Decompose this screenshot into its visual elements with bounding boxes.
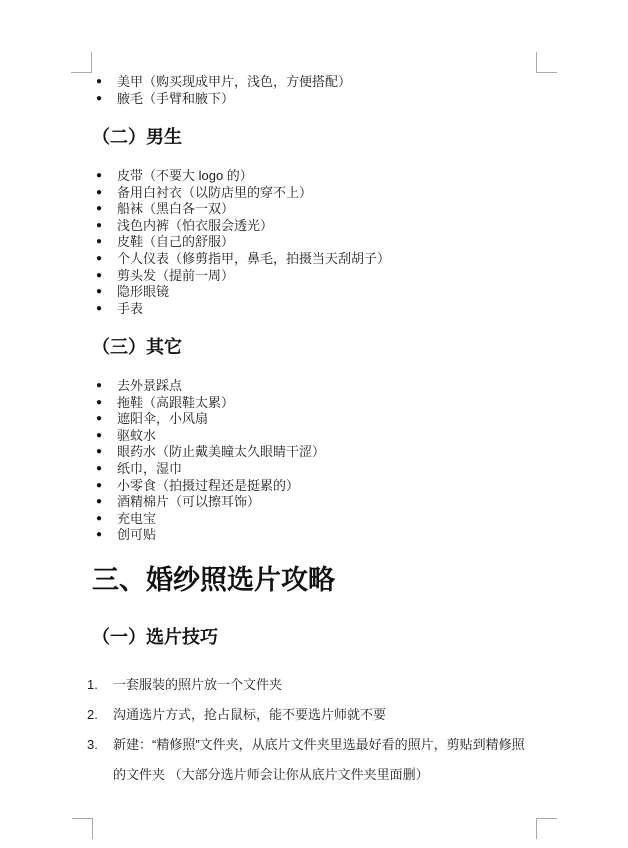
- list-item-text: 隐形眼镜: [117, 284, 169, 299]
- list-item: ●隐形眼镜: [92, 284, 536, 301]
- list-item: ●拖鞋（高跟鞋太累）: [92, 395, 536, 412]
- chapter-heading: 三、婚纱照选片攻略: [92, 564, 335, 596]
- bullet-icon: ●: [96, 218, 102, 235]
- list-item: ●浅色内裤（怕衣服会透光）: [92, 218, 536, 235]
- bullet-icon: ●: [96, 428, 102, 445]
- list-item-text: 驱蚊水: [117, 428, 156, 443]
- list-item: ●备用白衬衣（以防店里的穿不上）: [92, 185, 536, 202]
- list-item-text: 备用白衬衣（以防店里的穿不上）: [117, 185, 312, 200]
- section-heading-boys: （二）男生: [92, 126, 182, 148]
- list-item-text: 眼药水（防止戴美瞳太久眼睛干涩）: [117, 444, 325, 459]
- list-item-text: 皮带（不要大 logo 的）: [117, 168, 253, 183]
- bullet-icon: ●: [96, 494, 102, 511]
- list-item: ●个人仪表（修剪指甲，鼻毛，拍摄当天刮胡子）: [92, 251, 536, 268]
- list-item: ●去外景踩点: [92, 378, 536, 395]
- bullet-icon: ●: [96, 301, 102, 318]
- list-item: ●酒精棉片（可以擦耳饰）: [92, 494, 536, 511]
- list-item: ●腋毛（手臂和腋下）: [92, 91, 536, 108]
- list-item: ●充电宝: [92, 511, 536, 528]
- list-item: ●美甲（购买现成甲片，浅色，方便搭配）: [92, 74, 536, 91]
- list-item: ●手表: [92, 301, 536, 318]
- list-item-text: 浅色内裤（怕衣服会透光）: [117, 218, 273, 233]
- bullet-icon: ●: [96, 378, 102, 395]
- numbered-item-text: 新建：“精修照”文件夹，从底片文件夹里选最好看的照片，剪贴到精修照的文件夹 （大…: [113, 737, 525, 782]
- document-page: ●美甲（购买现成甲片，浅色，方便搭配） ●腋毛（手臂和腋下） （二）男生 ●皮带…: [0, 0, 628, 848]
- list-item-text: 剪头发（提前一周）: [117, 268, 234, 283]
- list-item-text: 皮鞋（自己的舒服）: [117, 234, 234, 249]
- bullet-icon: ●: [96, 201, 102, 218]
- list-item: ●船袜（黑白各一双）: [92, 201, 536, 218]
- girls-checklist-tail: ●美甲（购买现成甲片，浅色，方便搭配） ●腋毛（手臂和腋下）: [92, 74, 536, 107]
- numbered-item: 1.一套服装的照片放一个文件夹: [92, 670, 536, 700]
- bullet-icon: ●: [96, 411, 102, 428]
- bullet-icon: ●: [96, 395, 102, 412]
- item-number: 1.: [87, 670, 109, 700]
- bullet-icon: ●: [96, 185, 102, 202]
- crop-mark-top-left: [71, 52, 92, 73]
- item-number: 3.: [87, 730, 109, 760]
- numbered-item-text: 一套服装的照片放一个文件夹: [113, 677, 282, 692]
- list-item: ●纸巾，湿巾: [92, 461, 536, 478]
- list-item-text: 美甲（购买现成甲片，浅色，方便搭配）: [117, 74, 351, 89]
- list-item: ●剪头发（提前一周）: [92, 268, 536, 285]
- bullet-icon: ●: [96, 74, 102, 91]
- bullet-icon: ●: [96, 91, 102, 108]
- numbered-item: 2.沟通选片方式，抢占鼠标，能不要选片师就不要: [92, 700, 536, 730]
- crop-mark-top-right: [536, 52, 557, 73]
- bullet-icon: ●: [96, 284, 102, 301]
- bullet-icon: ●: [96, 268, 102, 285]
- list-item: ●遮阳伞，小风扇: [92, 411, 536, 428]
- crop-mark-bottom-left: [72, 818, 93, 839]
- bullet-icon: ●: [96, 251, 102, 268]
- list-item: ●驱蚊水: [92, 428, 536, 445]
- bullet-icon: ●: [96, 444, 102, 461]
- list-item-text: 小零食（拍摄过程还是挺累的）: [117, 478, 299, 493]
- list-item: ●皮鞋（自己的舒服）: [92, 234, 536, 251]
- list-item-text: 酒精棉片（可以擦耳饰）: [117, 494, 260, 509]
- bullet-icon: ●: [96, 461, 102, 478]
- numbered-item: 3.新建：“精修照”文件夹，从底片文件夹里选最好看的照片，剪贴到精修照的文件夹 …: [92, 730, 536, 790]
- other-checklist: ●去外景踩点 ●拖鞋（高跟鞋太累） ●遮阳伞，小风扇 ●驱蚊水 ●眼药水（防止戴…: [92, 378, 536, 544]
- bullet-icon: ●: [96, 234, 102, 251]
- list-item: ●小零食（拍摄过程还是挺累的）: [92, 478, 536, 495]
- list-item: ●皮带（不要大 logo 的）: [92, 168, 536, 185]
- list-item-text: 去外景踩点: [117, 378, 182, 393]
- list-item: ●眼药水（防止戴美瞳太久眼睛干涩）: [92, 444, 536, 461]
- list-item-text: 手表: [117, 301, 143, 316]
- list-item-text: 拖鞋（高跟鞋太累）: [117, 395, 234, 410]
- list-item: ●创可贴: [92, 527, 536, 544]
- numbered-item-text: 沟通选片方式，抢占鼠标，能不要选片师就不要: [113, 707, 386, 722]
- section-heading-tips: （一）选片技巧: [92, 626, 218, 648]
- list-item-text: 船袜（黑白各一双）: [117, 201, 234, 216]
- bullet-icon: ●: [96, 478, 102, 495]
- list-item-text: 个人仪表（修剪指甲，鼻毛，拍摄当天刮胡子）: [117, 251, 390, 266]
- section-heading-other: （三）其它: [92, 336, 182, 358]
- bullet-icon: ●: [96, 511, 102, 528]
- crop-mark-bottom-right: [536, 818, 557, 839]
- bullet-icon: ●: [96, 168, 102, 185]
- list-item-text: 纸巾，湿巾: [117, 461, 182, 476]
- list-item-text: 腋毛（手臂和腋下）: [117, 91, 234, 106]
- list-item-text: 创可贴: [117, 527, 156, 542]
- item-number: 2.: [87, 700, 109, 730]
- bullet-icon: ●: [96, 527, 102, 544]
- tips-numbered-list: 1.一套服装的照片放一个文件夹 2.沟通选片方式，抢占鼠标，能不要选片师就不要 …: [92, 670, 536, 790]
- list-item-text: 遮阳伞，小风扇: [117, 411, 208, 426]
- boys-checklist: ●皮带（不要大 logo 的） ●备用白衬衣（以防店里的穿不上） ●船袜（黑白各…: [92, 168, 536, 317]
- list-item-text: 充电宝: [117, 511, 156, 526]
